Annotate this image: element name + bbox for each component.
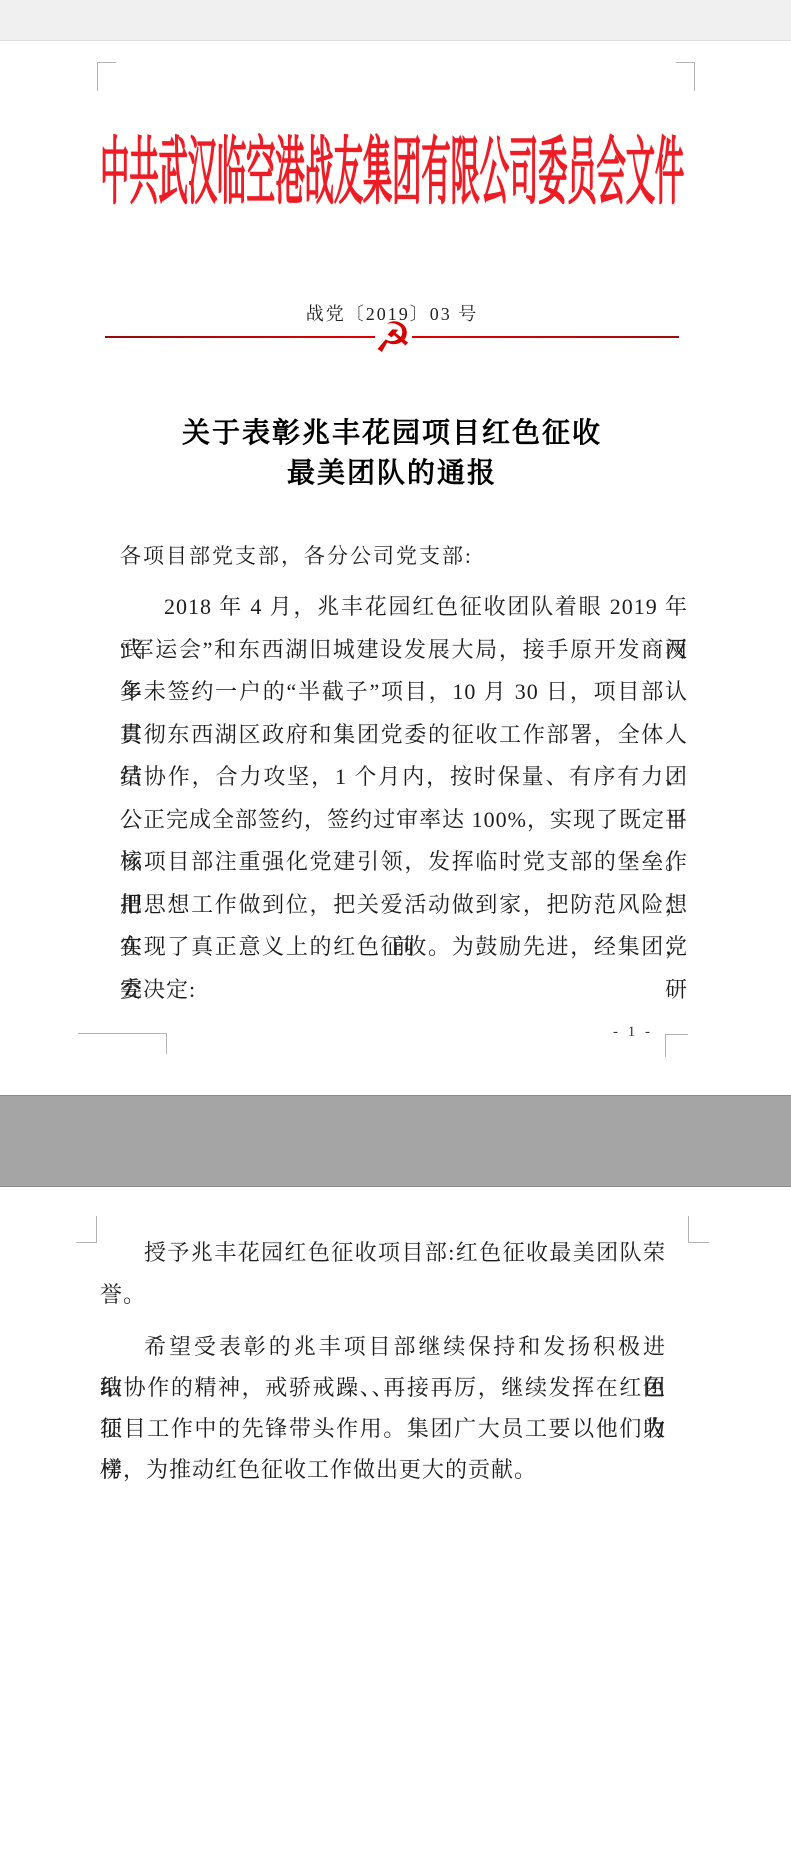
red-rule-left [105,336,375,338]
body-line: 实现了真正意义上的红色征收。为鼓励先进，经集团党委研 [120,926,688,969]
letterhead-title: 中共武汉临空港战友集团有限公司委员会文件 [100,134,684,212]
title-line-2: 最美团队的通报 [0,454,784,494]
crop-mark-page2-top-left [76,1216,97,1243]
document-viewer: 中共武汉临空港战友集团有限公司委员会文件 战党〔2019〕03 号 ☭ 关于表彰… [0,0,791,1852]
body-line: 项目工作中的先锋带头作用。集团广大员工要以他们为榜 [100,1408,666,1449]
body-line: 结协作，合力攻坚，1 个月内，按时保量、有序有力、公平 [120,756,688,799]
crop-mark-top-left [97,62,116,91]
body-line: 希望受表彰的兆丰项目部继续保持和发扬积极进取、团 [100,1326,666,1367]
page-number: - 1 - [613,1024,653,1041]
page1-body: 2018 年 4 月，兆丰花园红色征收团队着眼 2019 年武汉 “军运会”和东… [120,586,688,1011]
crop-mark-top-right [676,62,695,91]
body-line: 结协作的精神，戒骄戒躁、再接再厉，继续发挥在红色征收 [100,1367,666,1408]
red-rule-right [412,336,679,338]
body-line: 把思想工作做到位，把关爱活动做到家，把防范风险想在前， [120,884,688,927]
page2-paragraph-1: 授予兆丰花园红色征收项目部:红色征收最美团队荣 誉。 [100,1232,666,1316]
party-emblem-icon: ☭ [371,316,415,360]
crop-mark-bottom-right [665,1034,688,1057]
crop-mark-bottom-left [78,1033,167,1054]
body-line: 样，为推动红色征收工作做出更大的贡献。 [100,1449,666,1490]
body-line: “军运会”和东西湖旧城建设发展大局，接手原开发商两年 [120,629,688,672]
viewer-top-edge [0,0,791,41]
body-line: 誉。 [100,1274,666,1316]
page-separator [0,1095,791,1187]
body-line: 该项目部注重强化党建引领，发挥临时党支部的堡垒作用， [120,841,688,884]
body-line: 公正完成全部签约，签约过审率达 100%，实现了既定目标。 [120,799,688,842]
body-line: 授予兆丰花园红色征收项目部:红色征收最美团队荣 [100,1232,666,1274]
page2-paragraph-2: 希望受表彰的兆丰项目部继续保持和发扬积极进取、团 结协作的精神，戒骄戒躁、再接再… [100,1326,666,1490]
body-line: 多未签约一户的“半截子”项目，10 月 30 日，项目部认真 [120,671,688,714]
body-line: 2018 年 4 月，兆丰花园红色征收团队着眼 2019 年武汉 [120,586,688,629]
salutation: 各项目部党支部，各分公司党支部: [120,540,473,570]
letterhead: 中共武汉临空港战友集团有限公司委员会文件 [0,134,784,212]
title-line-1: 关于表彰兆丰花园项目红色征收 [0,414,784,454]
document-title: 关于表彰兆丰花园项目红色征收 最美团队的通报 [0,414,784,494]
crop-mark-page2-top-right [688,1216,709,1243]
body-line: 贯彻东西湖区政府和集团党委的征收工作部署，全体人员团 [120,714,688,757]
